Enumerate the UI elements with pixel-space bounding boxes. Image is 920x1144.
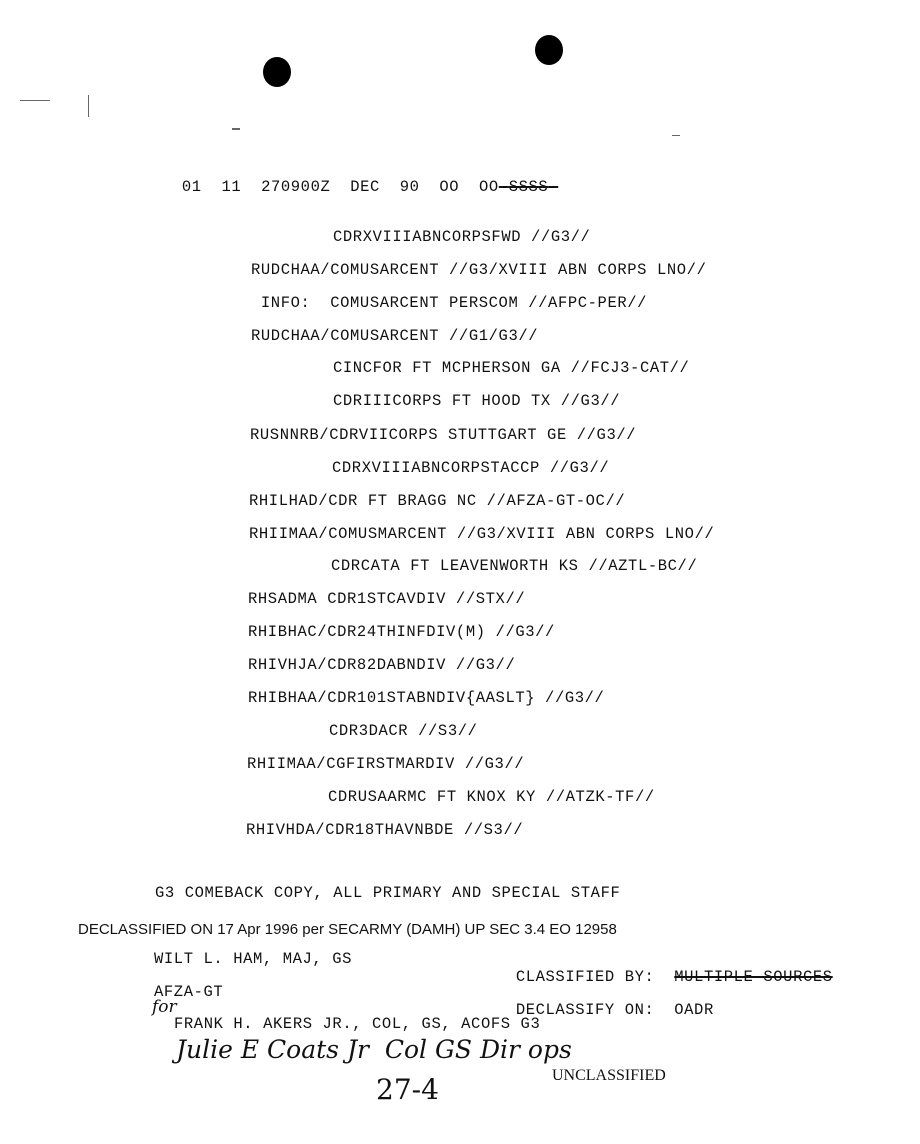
addressee-line: CDRIIICORPS FT HOOD TX //G3//	[333, 392, 620, 410]
addressee-line: CDRXVIIIABNCORPSFWD //G3//	[333, 228, 590, 246]
declassify-on-line: DECLASSIFY ON: OADR	[496, 983, 714, 1019]
releaser-name: FRANK H. AKERS JR., COL, GS, ACOFS G3	[174, 1015, 540, 1033]
drafter-name: WILT L. HAM, MAJ, GS	[154, 950, 352, 968]
punch-hole-left	[263, 57, 291, 87]
addressee-line: CDRUSAARMC FT KNOX KY //ATZK-TF//	[328, 788, 655, 806]
declassify-on-value: OADR	[674, 1001, 714, 1019]
addressee-line: CDR3DACR //S3//	[329, 722, 478, 740]
header-precedence-2: OO	[479, 178, 499, 196]
handwritten-for: for	[152, 997, 177, 1017]
addressee-line: RHIVHJA/CDR82DABNDIV //G3//	[248, 656, 515, 674]
addressee-line: RHIIMAA/COMUSMARCENT //G3/XVIII ABN CORP…	[249, 525, 714, 543]
header-field-1: 01	[182, 178, 202, 196]
classified-by-line: CLASSIFIED BY: MULTIPLE SOURCES	[496, 950, 833, 986]
scan-mark	[20, 100, 50, 101]
punch-hole-right	[535, 35, 563, 65]
addressee-line: RHIBHAC/CDR24THINFDIV(M) //G3//	[248, 623, 555, 641]
message-header-line: 01 11 270900Z DEC 90 OO OO SSSS	[162, 160, 558, 196]
handwritten-signature: Julie E Coats Jr Col GS Dir ops	[176, 1035, 572, 1064]
scan-mark	[232, 128, 240, 130]
header-month: DEC	[350, 178, 380, 196]
scan-mark	[88, 95, 89, 117]
header-dtg: 270900Z	[261, 178, 330, 196]
addressee-line: RUDCHAA/COMUSARCENT //G3/XVIII ABN CORPS…	[251, 261, 706, 279]
header-year: 90	[400, 178, 420, 196]
classification-marking-footer: UNCLASSIFIED	[552, 1067, 666, 1085]
handwritten-page-number: 27-4	[376, 1073, 439, 1106]
scan-mark	[672, 135, 680, 136]
declassification-stamp: DECLASSIFIED ON 17 Apr 1996 per SECARMY …	[78, 921, 617, 938]
addressee-line: RUSNNRB/CDRVIICORPS STUTTGART GE //G3//	[250, 426, 636, 444]
header-field-2: 11	[221, 178, 241, 196]
addressee-line: CDRCATA FT LEAVENWORTH KS //AZTL-BC//	[331, 557, 697, 575]
addressee-line: RHSADMA CDR1STCAVDIV //STX//	[248, 590, 525, 608]
addressee-line: CDRXVIIIABNCORPSTACCP //G3//	[332, 459, 609, 477]
addressee-line: RHIVHDA/CDR18THAVNBDE //S3//	[246, 821, 523, 839]
addressee-line: RHILHAD/CDR FT BRAGG NC //AFZA-GT-OC//	[249, 492, 625, 510]
addressee-line: CINCFOR FT MCPHERSON GA //FCJ3-CAT//	[333, 359, 689, 377]
distribution-note: G3 COMEBACK COPY, ALL PRIMARY AND SPECIA…	[155, 884, 620, 902]
addressee-line: RHIIMAA/CGFIRSTMARDIV //G3//	[247, 755, 524, 773]
addressee-line-info: INFO: COMUSARCENT PERSCOM //AFPC-PER//	[251, 294, 647, 312]
addressee-line: RUDCHAA/COMUSARCENT //G1/G3//	[251, 327, 538, 345]
header-struck-classification: SSSS	[499, 178, 558, 196]
addressee-line: RHIBHAA/CDR101STABNDIV{AASLT} //G3//	[248, 689, 604, 707]
header-precedence-1: OO	[439, 178, 459, 196]
